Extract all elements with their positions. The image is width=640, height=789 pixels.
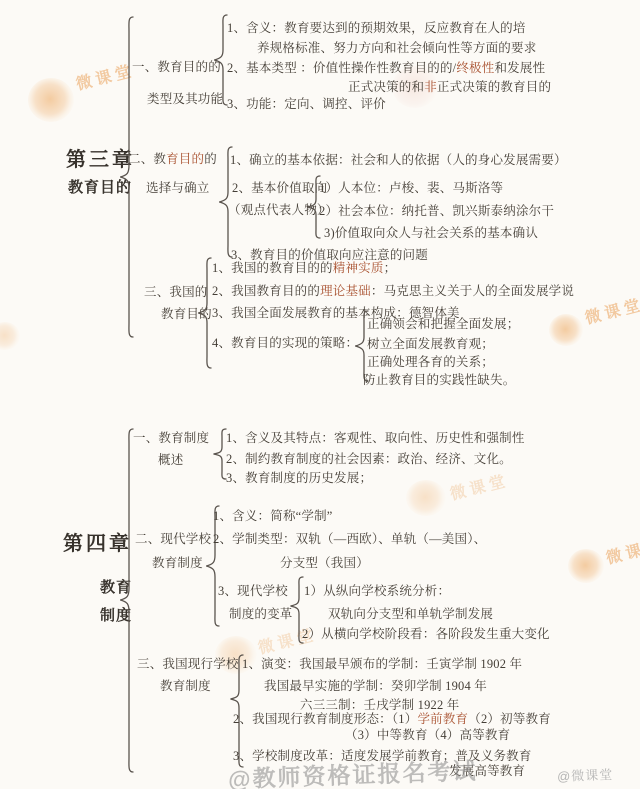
text-run: 1、我国的教育目的的	[212, 261, 333, 275]
ch4-s1-item3: 3、教育制度的历史发展；	[226, 471, 372, 487]
scan-page: 微课堂 微课堂 微课堂 微课堂 微课堂 第三章 教育目的 一、教育目的的 类型及…	[0, 0, 640, 789]
ch4-s1-label-line2: 概述	[158, 453, 183, 469]
ch3-s3-strategy3: 正确处理各育的关系；	[367, 355, 494, 371]
ch3-s3-item4: 4、教育目的实现的策略：	[212, 336, 358, 352]
stamp-watermark: 微课堂	[447, 468, 511, 505]
text-run: 正式决策的教育目的	[437, 80, 551, 94]
brace-ch4-s1	[213, 428, 227, 480]
ch3-s1-item3: 3、功能：定向、调控、评价	[227, 97, 386, 113]
ch4-s1-item2: 2、制约教育制度的社会因素：政治、经济、文化。	[226, 452, 512, 468]
stamp-blob	[0, 322, 20, 350]
highlighted-text: 育目的	[166, 152, 204, 166]
highlighted-text: 精神实质	[333, 261, 384, 275]
stamp-blob	[568, 549, 604, 583]
ch4-s2-sub1-line1: 1）从纵向学校系统分析：	[304, 584, 450, 600]
text-run: 2、我国现行教育制度形态：（1）	[233, 712, 417, 726]
ch3-s3-item1: 1、我国的教育目的的精神实质；	[212, 261, 396, 277]
ch3-s2-sub3: 3)价值取向众人与社会关系的基本确认	[324, 226, 538, 242]
ch3-s3-item2: 2、我国教育目的的理论基础：马克思主义关于人的全面发展学说	[212, 284, 574, 300]
corner-watermark: @微课堂	[557, 764, 614, 785]
highlighted-text: 学前教育	[417, 712, 468, 726]
ch3-s3-strategy4: 防止教育目的实践性缺失。	[363, 373, 515, 389]
ch4-s3-item2-line1: 2、我国现行教育制度形态：（1）学前教育（2）初等教育	[233, 712, 551, 728]
ch4-s2-label-line2: 教育制度	[152, 556, 203, 572]
brace-ch3-s1	[214, 14, 228, 106]
ch4-s3-item1-line2: 我国最早实施的学制：癸卯学制 1904 年	[264, 679, 487, 695]
ch3-s3-strategy2: 树立全面发展教育观；	[367, 337, 494, 353]
ch3-s1-item2-line2: 正式决策的和非正式决策的教育目的	[348, 80, 551, 96]
ch4-s3-item2-line2: （3）中等教育（4）高等教育	[345, 728, 510, 744]
ch3-s2-sub2: 2）社会本位：纳托普、凯兴斯泰纳涂尔干	[319, 204, 554, 220]
ch4-s1-label-line1: 一、教育制度	[133, 431, 209, 447]
ch4-s2-item2-line1: 2、学制类型：双轨（—西欧）、单轨（—美国）、	[213, 532, 486, 548]
stamp-blob	[549, 314, 583, 346]
brace-chapter4	[120, 428, 134, 773]
ch3-s1-label-line2: 类型及其功能	[147, 92, 223, 108]
text-run: （2）初等教育	[468, 712, 551, 726]
highlighted-text: 非	[424, 80, 437, 94]
ch4-s2-item3-line2: 制度的变革	[229, 607, 293, 623]
text-run: 正式决策的和	[348, 80, 424, 94]
text-run: ：马克思主义关于人的全面发展学说	[371, 284, 574, 298]
brace-ch3-s3	[198, 257, 212, 369]
ch4-s3-label-line2: 教育制度	[160, 679, 211, 695]
text-run: ；	[384, 261, 397, 275]
highlighted-text: 终极性	[456, 61, 494, 75]
stamp-blob	[406, 480, 446, 516]
ch4-s2-sub1-line2: 双轨向分支型和单轨学制发展	[328, 607, 493, 623]
ch3-s2-sub1: 1）人本位：卢梭、裴、马斯洛等	[319, 181, 503, 197]
ch3-s1-item2-line1: 2、基本类型 ：价值性操作性教育目的的/终极性和发展性	[227, 61, 545, 77]
ch3-s2-label-line2: 选择与确立	[146, 181, 210, 197]
ch3-s1-item1-line1: 1、含义：教育要达到的预期效果，反应教育在人的培	[227, 21, 526, 37]
stamp-watermark: 微课堂	[603, 532, 640, 569]
ch4-s3-label-line1: 三、我国现行学校	[137, 657, 239, 673]
ch4-s2-item2-line2: 分支型（我国）	[280, 556, 369, 572]
ch3-s3-strategy1: 正确领会和把握全面发展；	[367, 317, 519, 333]
text-run: 和发展性	[494, 61, 545, 75]
ch4-s2-label-line1: 二、现代学校	[135, 532, 211, 548]
ch4-s3-item1-line1: 1、演变：我国最早颁布的学制：壬寅学制 1902 年	[242, 657, 522, 673]
highlighted-text: 理论基础	[320, 284, 371, 298]
ch4-s1-item1: 1、含义及其特点：客观性、取向性、历史性和强制性	[226, 431, 525, 447]
text-run: 二、教	[128, 152, 166, 166]
text-run: 2、基本类型 ：价值性操作性教育目的的/	[227, 61, 456, 75]
text-run: 2、我国教育目的的	[212, 284, 320, 298]
ch4-s2-item1: 1、含义：简称“学制”	[213, 509, 333, 525]
text-run: 的	[204, 152, 217, 166]
ch3-s2-label-line1: 二、教育目的的	[128, 152, 217, 168]
stamp-watermark: 微课堂	[582, 292, 640, 329]
stamp-blob	[28, 78, 74, 122]
ch3-s1-label-line1: 一、教育目的的	[132, 60, 221, 76]
ch4-s2-sub2: 2）从横向学校阶段看：各阶段发生重大变化	[302, 627, 550, 643]
ch3-s2-item1: 1、确立的基本依据：社会和人的依据（人的身心发展需要）	[230, 153, 567, 169]
ch4-s2-item3-line1: 3、现代学校	[218, 584, 288, 600]
ch3-s1-item1-line2: 养规格标准、努力方向和社会倾向性等方面的要求	[257, 41, 536, 57]
